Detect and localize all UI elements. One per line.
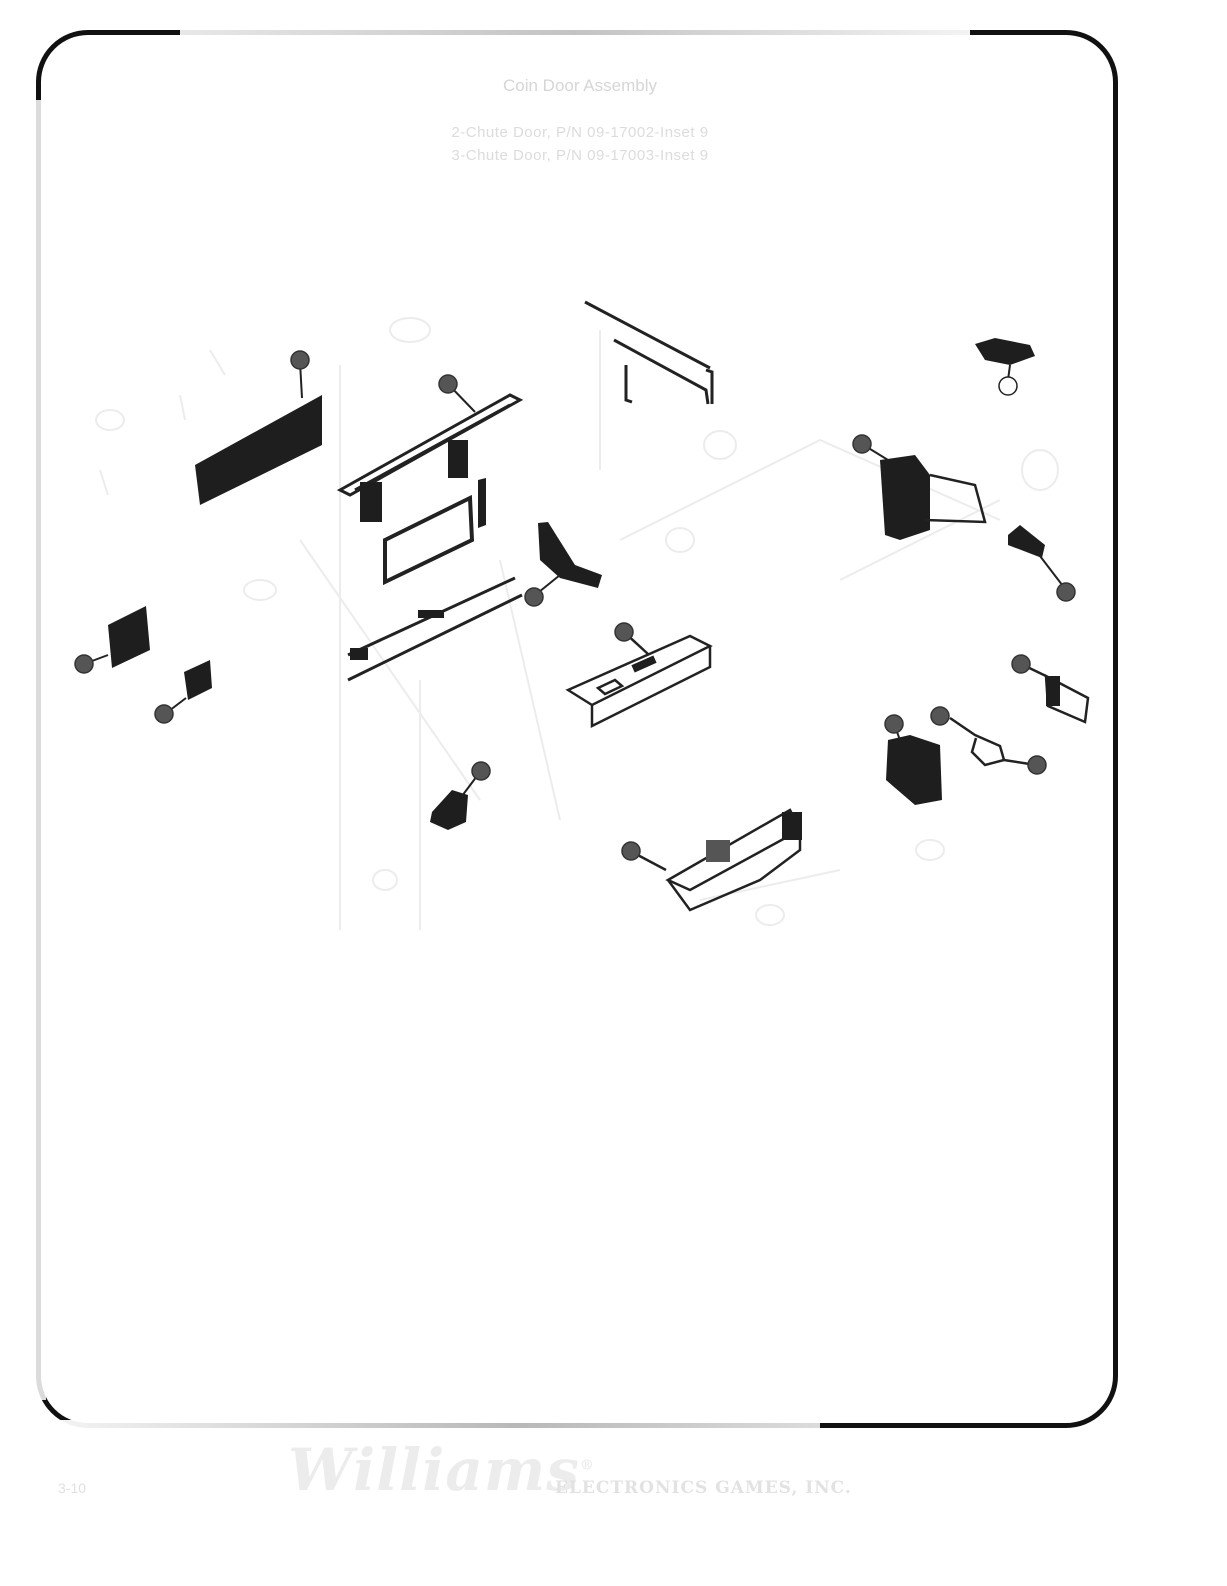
callout-marker bbox=[525, 588, 543, 606]
callout-marker bbox=[853, 435, 871, 453]
exploded-parts-diagram bbox=[0, 0, 1227, 1586]
part-rail-bracket bbox=[585, 302, 712, 404]
part-coin-switch bbox=[975, 338, 1035, 380]
callout-marker bbox=[291, 351, 309, 369]
part-latch bbox=[430, 772, 480, 830]
callout-marker bbox=[1012, 655, 1030, 673]
callout-marker bbox=[439, 375, 457, 393]
callout-marker-open bbox=[999, 377, 1017, 395]
part-coin-lockout bbox=[886, 724, 942, 805]
callout-marker bbox=[931, 707, 949, 725]
part-wire-harness bbox=[950, 718, 1036, 765]
callout-marker bbox=[155, 705, 173, 723]
part-switch-bracket bbox=[1008, 525, 1066, 590]
part-mounting-bracket bbox=[1021, 664, 1088, 722]
callout-marker bbox=[1057, 583, 1075, 601]
callout-marker bbox=[885, 715, 903, 733]
brand-name: Williams bbox=[288, 1436, 580, 1504]
part-lock-cam bbox=[165, 660, 212, 714]
part-coin-chute bbox=[534, 522, 602, 596]
part-coin-box bbox=[632, 810, 802, 910]
part-coin-tray bbox=[568, 632, 710, 726]
page-number: 3-10 bbox=[58, 1480, 86, 1496]
callout-marker bbox=[615, 623, 633, 641]
part-coin-mech bbox=[862, 444, 985, 540]
part-display-panel bbox=[195, 362, 322, 505]
callout-marker bbox=[1028, 756, 1046, 774]
callout-marker bbox=[622, 842, 640, 860]
registered-mark: ® bbox=[580, 1458, 595, 1474]
company-name: ELECTRONICS GAMES, INC. bbox=[555, 1478, 852, 1498]
ghost-linework bbox=[96, 318, 1058, 930]
callout-marker bbox=[472, 762, 490, 780]
part-lock-plate bbox=[84, 606, 150, 668]
callout-marker bbox=[75, 655, 93, 673]
williams-logo: Williams® bbox=[288, 1436, 595, 1504]
